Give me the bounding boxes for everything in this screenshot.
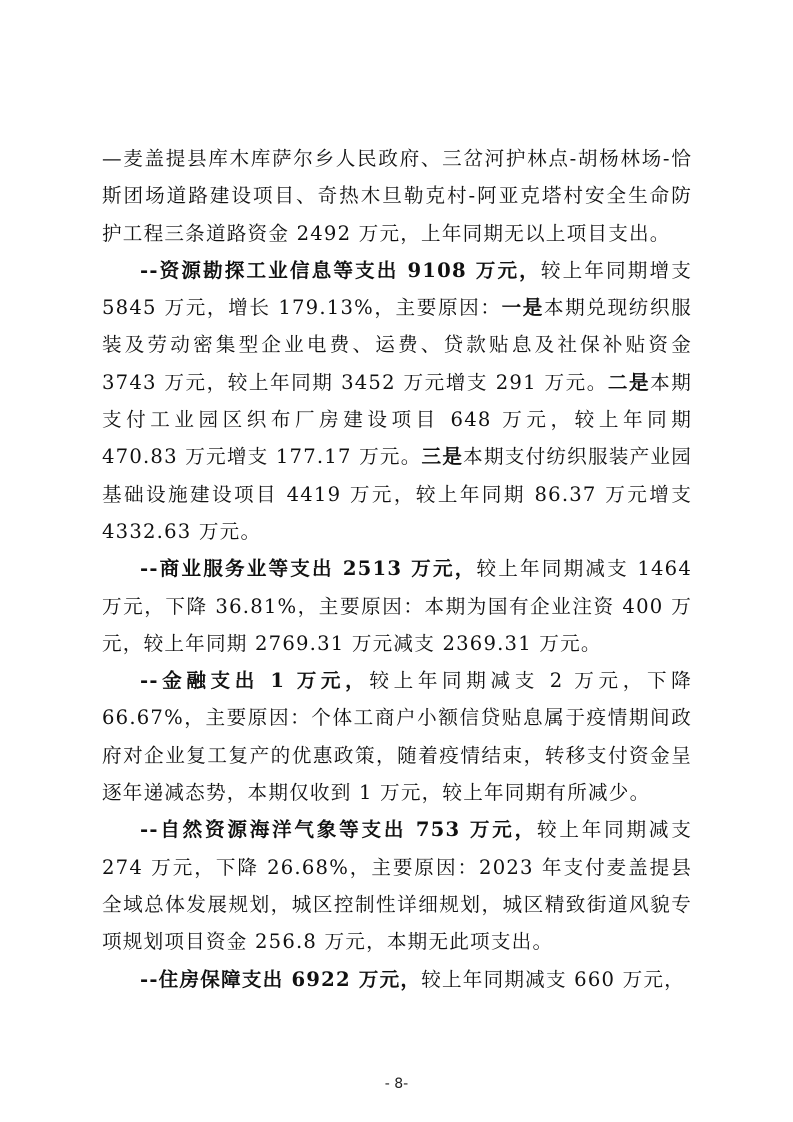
paragraph-road-projects: —麦盖提县库木库萨尔乡人民政府、三岔河护林点-胡杨林场-恰斯团场道路建设项目、奇…	[102, 140, 692, 252]
section-heading: --商业服务业等支出 2513 万元，	[140, 557, 477, 580]
point-marker-first: 一是	[502, 296, 544, 319]
section-heading: --金融支出 1 万元，	[140, 669, 369, 692]
section-heading: --住房保障支出 6922 万元，	[140, 968, 421, 991]
text-run: 较上年同期减支 660 万元，	[421, 968, 685, 991]
body-text: —麦盖提县库木库萨尔乡人民政府、三岔河护林点-胡杨林场-恰斯团场道路建设项目、奇…	[102, 140, 692, 998]
paragraph-resource-exploration: --资源勘探工业信息等支出 9108 万元，较上年同期增支 5845 万元，增长…	[102, 252, 692, 550]
paragraph-housing-security: --住房保障支出 6922 万元，较上年同期减支 660 万元，	[102, 961, 692, 998]
page-number: - 8-	[0, 1076, 793, 1092]
section-heading: --自然资源海洋气象等支出 753 万元，	[140, 818, 537, 841]
point-marker-second: 二是	[608, 371, 650, 394]
paragraph-natural-resources: --自然资源海洋气象等支出 753 万元，较上年同期减支 274 万元，下降 2…	[102, 811, 692, 960]
document-page: —麦盖提县库木库萨尔乡人民政府、三岔河护林点-胡杨林场-恰斯团场道路建设项目、奇…	[0, 0, 793, 1122]
section-heading: --资源勘探工业信息等支出 9108 万元，	[140, 259, 541, 282]
paragraph-commerce-services: --商业服务业等支出 2513 万元，较上年同期减支 1464 万元，下降 36…	[102, 550, 692, 662]
point-marker-third: 三是	[422, 445, 464, 468]
paragraph-finance: --金融支出 1 万元，较上年同期减支 2 万元，下降 66.67%，主要原因：…	[102, 662, 692, 811]
text-run: —麦盖提县库木库萨尔乡人民政府、三岔河护林点-胡杨林场-恰斯团场道路建设项目、奇…	[102, 147, 692, 245]
